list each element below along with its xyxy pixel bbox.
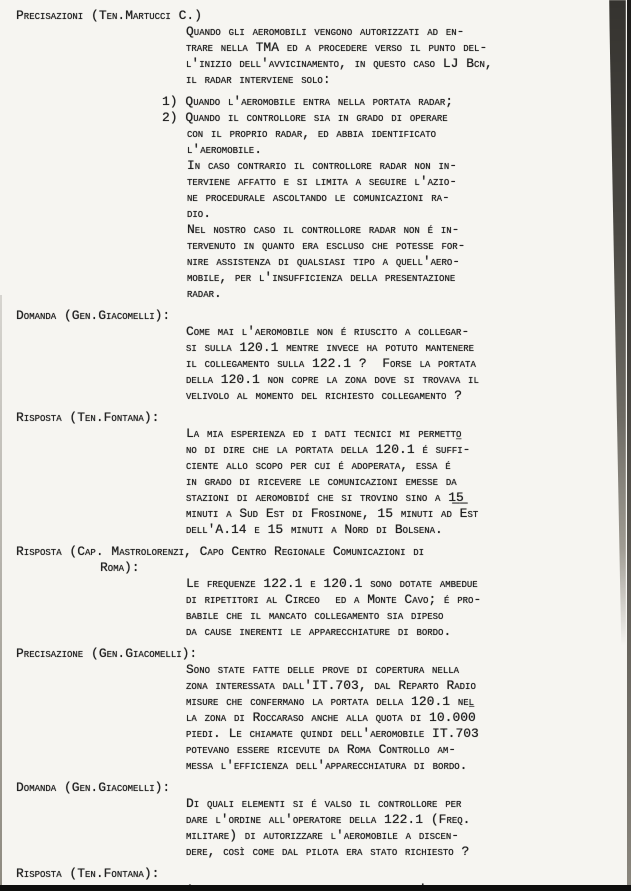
speaker-label: Precisazione (Gen.Giacomelli): [16,646,631,662]
text-line: da cause inerenti le apparecchiature di … [186,624,631,640]
text-line: nire assistenza di qualsiasi tipo a quel… [187,254,631,270]
text-line: Di quali elementi si é valso il controll… [186,796,631,812]
qa-section: Domanda (Gen.Giacomelli):Di quali elemen… [16,780,631,860]
qa-section: 1) Quando l'aeromobile entra nella porta… [16,94,631,302]
text-line: dio. [187,206,631,222]
text-line: il collegamento sulla 122.1 ? Forse la p… [186,356,631,372]
text-line: dere, così come dal pilota era stato ric… [186,844,631,860]
text-line: in grado di ricevere le comunicazioni em… [186,474,631,490]
text-line: 2) Quando il controllore sia in grado di… [162,110,631,126]
text-line: radar. [187,286,631,302]
text-line: dare l'ordine all'operatore della 122.1 … [186,812,631,828]
text-line: di ripetitori al Circeo ed a Monte Cavo;… [186,592,631,608]
text-line: il radar interviene solo: [186,72,631,88]
text-line: Nel nostro caso il controllore radar non… [187,222,631,238]
text-line: babile che il mancato collegamento sia d… [186,608,631,624]
text-line: stazioni di aeromobidí che si trovino si… [186,490,631,506]
text-line: Le frequenze 122.1 e 120.1 sono dotate a… [186,576,631,592]
text-line: Come mai l'aeromobile non é riuscito a c… [186,324,631,340]
text-line: terviene affatto e si limita a seguire l… [187,174,631,190]
text-line: tervenuto in quanto era escluso che pote… [187,238,631,254]
text-line: della 120.1 non copre la zona dove si tr… [186,372,631,388]
text-line: ne procedurale ascoltando le comunicazio… [187,190,631,206]
text-line: l'aeromobile. [187,142,631,158]
text-line: militare) di autorizzare l'aeromobile a … [186,828,631,844]
speaker-label: Risposta (Ten.Fontana): [16,866,631,882]
speaker-label-continuation: Roma): [100,560,631,576]
text-line: minuti a Sud Est di Frosinone, 15 minuti… [186,506,631,522]
text-line: Quando gli aeromobili vengono autorizzat… [186,24,631,40]
text-line: no di dire che la portata della 120.1 é … [186,442,631,458]
qa-section: Precisazione (Gen.Giacomelli):Sono state… [16,646,631,774]
qa-section: Risposta (Ten.Fontana):La mia esperienza… [16,410,631,538]
scan-edge-bottom-bar [0,885,631,891]
text-line: In caso contrario il controllore radar n… [187,158,631,174]
text-line: si sulla 120.1 mentre invece ha potuto m… [186,340,631,356]
text-line: La mia esperienza ed i dati tecnici mi p… [186,426,631,442]
speaker-label: Risposta (Cap. Mastrolorenzi, Capo Centr… [16,544,631,560]
text-line: 1) Quando l'aeromobile entra nella porta… [162,94,631,110]
document-content: Precisazioni (Ten.Martucci C.)Quando gli… [0,0,631,891]
scanned-document-page: Precisazioni (Ten.Martucci C.)Quando gli… [0,0,631,891]
speaker-label: Domanda (Gen.Giacomelli): [16,308,631,324]
speaker-label: Precisazioni (Ten.Martucci C.) [16,8,631,24]
text-line: dell'A.14 e 15 minuti a Nord di Bolsena. [186,522,631,538]
text-line: trare nella TMA ed a procedere verso il … [186,40,631,56]
qa-section: Domanda (Gen.Giacomelli):Come mai l'aero… [16,308,631,404]
speaker-label: Risposta (Ten.Fontana): [16,410,631,426]
text-line: potevano essere ricevute da Roma Control… [186,742,631,758]
text-line: Sono state fatte delle prove di copertur… [186,662,631,678]
text-line: piedi. Le chiamate quindi dell'aeromobil… [186,726,631,742]
text-line: l'inizio dell'avvicinamento, in questo c… [186,56,631,72]
qa-section: Risposta (Cap. Mastrolorenzi, Capo Centr… [16,544,631,640]
speaker-label: Domanda (Gen.Giacomelli): [16,780,631,796]
text-line: ciente allo scopo per cui é adoperata, e… [186,458,631,474]
text-line: la zona di Roccaraso anche alla quota di… [186,710,631,726]
scan-edge-right-line [627,0,631,891]
text-line: zona interessata dall'IT.703, dal Repart… [186,678,631,694]
text-line: mobile, per l'insufficienza della presen… [187,270,631,286]
scan-edge-left-line [0,295,2,891]
text-line: misure che confermano la portata della 1… [186,694,631,710]
qa-section: Precisazioni (Ten.Martucci C.)Quando gli… [16,8,631,88]
text-line: messa l'efficienza dell'apparecchiatura … [186,758,631,774]
text-line: con il proprio radar, ed abbia identific… [187,126,631,142]
text-line: velivolo al momento del richiesto colleg… [186,388,631,404]
